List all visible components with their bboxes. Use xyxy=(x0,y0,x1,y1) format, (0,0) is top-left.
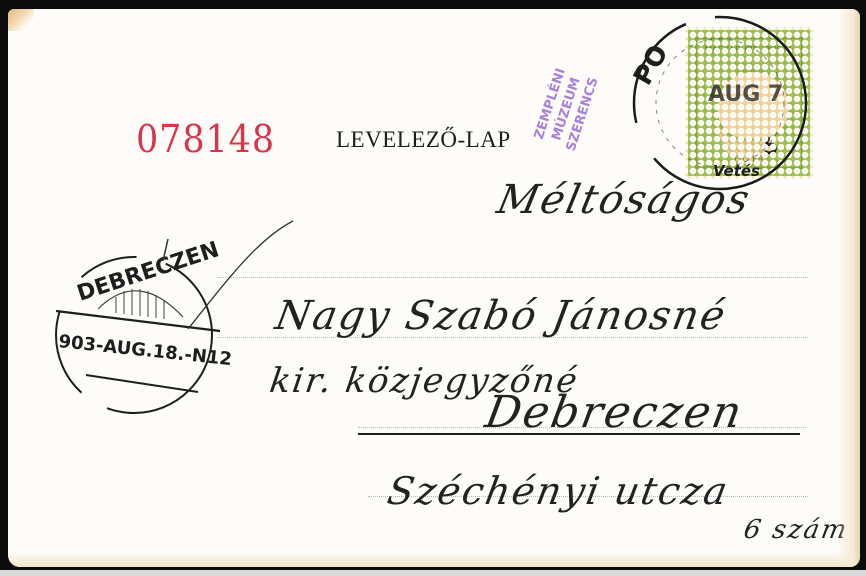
address-line-1 xyxy=(218,277,808,278)
handwritten-street: Széchényi utcza xyxy=(384,469,732,513)
worn-bottom-edge xyxy=(8,553,860,567)
card-title: LEVELEZŐ-LAP xyxy=(336,127,511,153)
museum-ownership-stamp: ZEMPLÉNI MÚZEUM SZERENCS xyxy=(493,43,638,175)
serial-number: 078148 xyxy=(136,117,275,161)
postage-stamp: MAGYAR KIR. POSTA 5 FILLÉR xyxy=(685,27,813,179)
handwritten-house-number: 6 szám xyxy=(741,515,850,545)
handwritten-recipient: Nagy Szabó Jánosné xyxy=(272,293,730,339)
destination-town-text: DEBRECZEN xyxy=(74,237,222,306)
stamp-border: MAGYAR KIR. POSTA 5 FILLÉR xyxy=(695,37,803,169)
stamp-header: MAGYAR KIR. POSTA xyxy=(697,45,801,54)
postcard: 078148 LEVELEZŐ-LAP ZEMPLÉNI MÚZEUM SZER… xyxy=(8,9,860,567)
handwritten-city: Debreczen xyxy=(482,387,748,438)
destination-date-text: 903-AUG.18.-N12 xyxy=(57,331,232,370)
stamp-footer: FILLÉR xyxy=(697,155,801,165)
handwritten-salutation: Méltóságos xyxy=(493,177,755,223)
turul-crown-icon xyxy=(715,69,791,141)
destination-postmark: DEBRECZEN 903-AUG.18.-N12 xyxy=(56,237,233,413)
